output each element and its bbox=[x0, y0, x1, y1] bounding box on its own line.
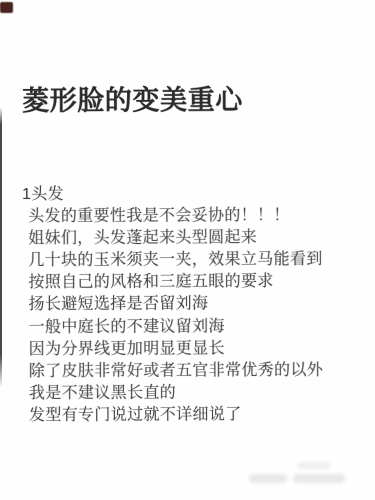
body-line: 头发的重要性我是不会妥协的！！！ bbox=[28, 205, 368, 229]
body-line: 发型有专门说过就不详细说了 bbox=[29, 403, 369, 427]
body-line: 按照自己的风格和三庭五眼的要求 bbox=[28, 271, 368, 295]
note-page: 菱形脸的变美重心 1头发 头发的重要性我是不会妥协的！！！ 姐妹们，头发蓬起来头… bbox=[0, 0, 375, 500]
body-line: 几十块的玉米须夹一夹，效果立马能看到 bbox=[28, 249, 368, 273]
body-line: 姐妹们，头发蓬起来头型圆起来 bbox=[28, 227, 368, 251]
section-heading: 1头发 bbox=[22, 183, 368, 207]
watermark-blur-segment bbox=[249, 474, 287, 483]
body-line: 除了皮肤非常好或者五官非常优秀的以外 bbox=[29, 359, 369, 383]
body-line: 扬长避短选择是否留刘海 bbox=[28, 293, 368, 317]
body-line: 我是不建议黑长直的 bbox=[29, 381, 369, 405]
body-line: 因为分界线更加明显更显长 bbox=[29, 337, 369, 361]
corner-red-square bbox=[0, 2, 13, 13]
watermark-blur-segment bbox=[293, 474, 345, 483]
watermark-blur-segment bbox=[297, 462, 331, 469]
watermark bbox=[249, 462, 359, 488]
left-edge-line bbox=[0, 108, 2, 388]
page-title: 菱形脸的变美重心 bbox=[22, 83, 243, 118]
note-body: 1头发 头发的重要性我是不会妥协的！！！ 姐妹们，头发蓬起来头型圆起来 几十块的… bbox=[28, 183, 369, 428]
body-line: 一般中庭长的不建议留刘海 bbox=[29, 315, 369, 339]
